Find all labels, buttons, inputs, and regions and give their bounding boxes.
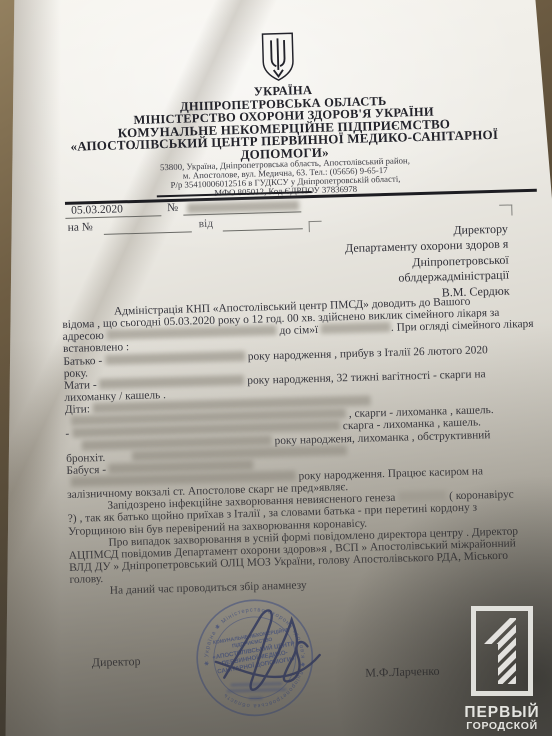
- ukraine-trident-icon: [257, 30, 298, 83]
- photo-of-document: { "colors": { "paper": "#ece9e2", "backg…: [0, 0, 552, 736]
- body-text: встановлено :: [63, 342, 129, 356]
- number-label: №: [167, 202, 178, 214]
- body-text: адресою: [63, 330, 104, 343]
- handwritten-signature: [192, 597, 335, 711]
- on-number-underline: [104, 231, 192, 234]
- body-text: до сім»ї: [279, 324, 318, 337]
- body-text: Мати -: [64, 379, 97, 392]
- body-text: -: [65, 428, 69, 440]
- redacted-text: [398, 491, 446, 502]
- body-text: Діти:: [65, 403, 91, 416]
- addressee-block: Директору Департаменту охорони здоров я …: [296, 222, 510, 305]
- from-label: від: [198, 218, 213, 230]
- redacted-text: [321, 322, 391, 334]
- body-text: Бабуся -: [66, 464, 106, 477]
- watermark-text-1: ПЕРВЫЙ: [454, 705, 550, 720]
- body-text: Батько -: [63, 355, 102, 368]
- body-text: бронхіт.: [66, 452, 105, 465]
- address-corner-mark-right: [499, 204, 512, 215]
- from-underline: [223, 228, 303, 231]
- channel-one-logo-icon: [471, 606, 533, 696]
- body-text: року.: [64, 367, 88, 380]
- body-text: ( коронавірус: [449, 489, 514, 503]
- letter-body: Адміністрація КНП «Апостолівський центр …: [62, 294, 552, 599]
- document-date: 05.03.2020: [71, 203, 123, 216]
- body-text: голову.: [69, 573, 103, 586]
- channel-watermark: ПЕРВЫЙ ГОРОДСКОЙ: [454, 606, 550, 732]
- signer-title: Директор: [92, 654, 141, 670]
- signer-name: М.Ф.Ларченко: [365, 664, 440, 681]
- watermark-text-2: ГОРОДСКОЙ: [454, 720, 550, 732]
- on-number-label: на №: [68, 221, 93, 234]
